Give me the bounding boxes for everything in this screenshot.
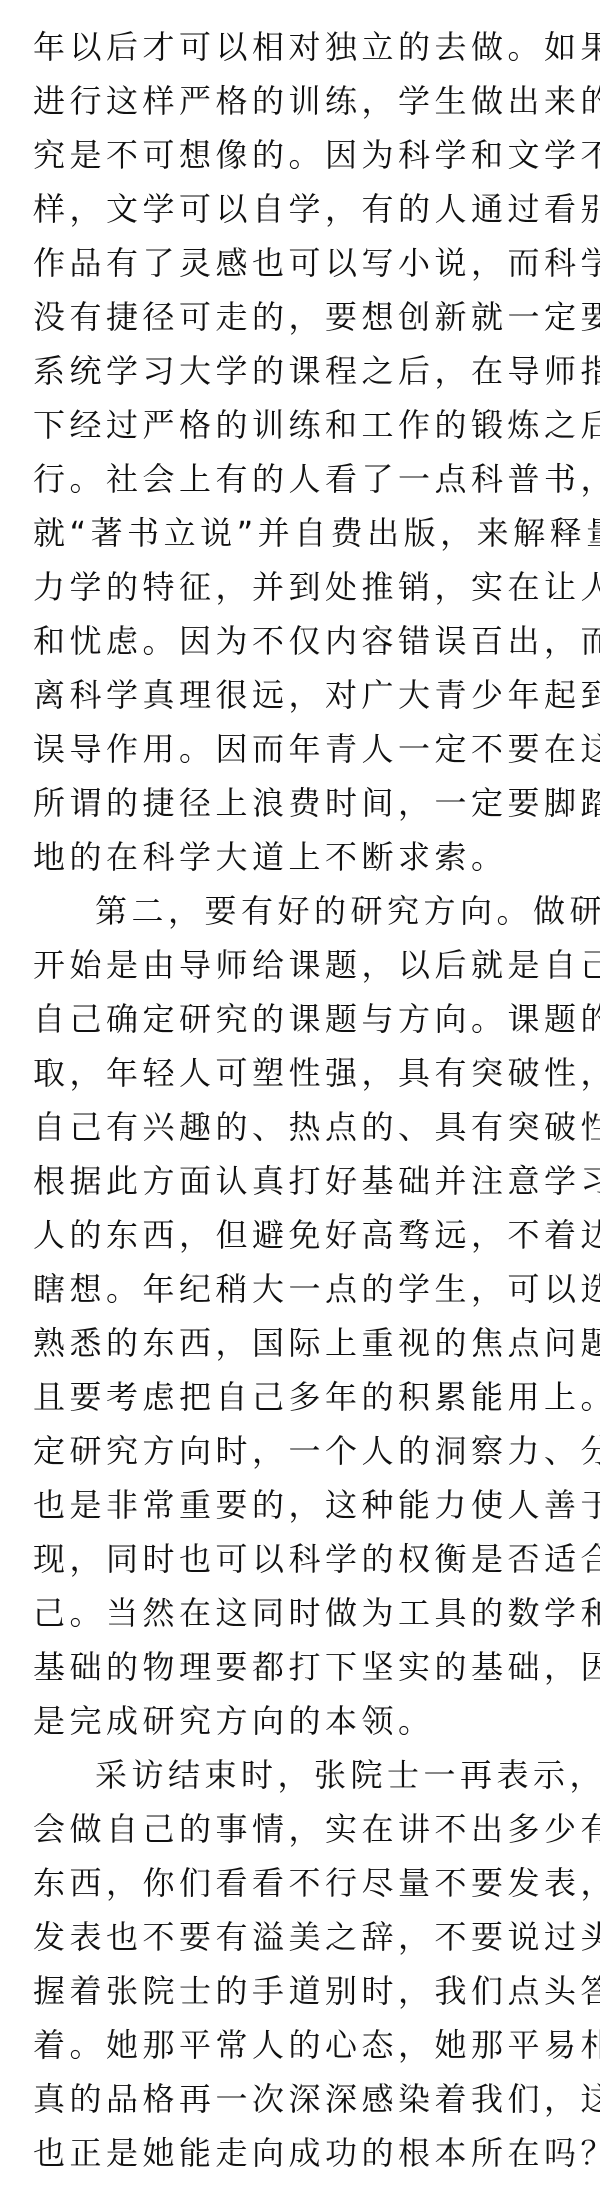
text-line: 东西，你们看看不行尽量不要发表，就是 [33,1856,578,1910]
text-line: 且要考虑把自己多年的积累能用上。在确 [33,1370,578,1424]
text-line: 会做自己的事情，实在讲不出多少有用的 [33,1802,578,1856]
text-line: 发表也不要有溢美之辞，不要说过头话。 [33,1910,578,1964]
text-line: 握着张院士的手道别时，我们点头答应 [33,1964,578,2018]
text-line: 取，年轻人可塑性强，具有突破性，可以选 [33,1046,578,1100]
text-line: 自己有兴趣的、热点的、具有突破性的，并 [33,1100,578,1154]
text-line: 瞎想。年纪稍大一点的学生，可以选自己 [33,1262,578,1316]
text-line: 定研究方向时，一个人的洞察力、分析力 [33,1424,578,1478]
text-line: 第二，要有好的研究方向。做研究生 [33,884,578,938]
text-line: 人的东西，但避免好高骛远，不着边际的 [33,1208,578,1262]
text-line: 就“著书立说”并自费出版，来解释量子 [33,506,578,560]
text-line: 力学的特征，并到处推销，实在让人好笑 [33,560,578,614]
text-line: 真的品格再一次深深感染着我们，这些不 [33,2072,578,2126]
text-line: 自己确定研究的课题与方向。课题的选 [33,992,578,1046]
text-line: 地的在科学大道上不断求索。 [33,830,578,884]
text-line: 样，文学可以自学，有的人通过看别人的 [33,182,578,236]
text-line: 己。当然在这同时做为工具的数学和做为 [33,1586,578,1640]
text-line: 开始是由导师给课题，以后就是自己找， [33,938,578,992]
text-line: 离科学真理很远，对广大青少年起到了 [33,668,578,722]
paragraph-2: 第二，要有好的研究方向。做研究生 开始是由导师给课题，以后就是自己找， 自己确定… [33,884,578,1748]
text-line: 采访结束时，张院士一再表示，我只 [33,1748,578,1802]
text-line: 现，同时也可以科学的权衡是否适合自 [33,1532,578,1586]
text-line: 着。她那平常人的心态，她那平易朴素求 [33,2018,578,2072]
text-line: 是完成研究方向的本领。 [33,1694,578,1748]
text-line: 和忧虑。因为不仅内容错误百出，而且是 [33,614,578,668]
text-line: 熟悉的东西，国际上重视的焦点问题，并 [33,1316,578,1370]
text-line: 作品有了灵感也可以写小说，而科学是 [33,236,578,290]
document-page: 年以后才可以相对独立的去做。如果不 进行这样严格的训练，学生做出来的研 究是不可… [33,20,578,2180]
paragraph-3: 采访结束时，张院士一再表示，我只 会做自己的事情，实在讲不出多少有用的 东西，你… [33,1748,578,2180]
text-line: 下经过严格的训练和工作的锻炼之后才 [33,398,578,452]
text-line: 也正是她能走向成功的根本所在吗？ [33,2126,578,2180]
text-line: 究是不可想像的。因为科学和文学不一 [33,128,578,182]
text-line: 误导作用。因而年青人一定不要在这种 [33,722,578,776]
text-line: 系统学习大学的课程之后，在导师指导 [33,344,578,398]
text-line: 也是非常重要的，这种能力使人善于发 [33,1478,578,1532]
text-line: 进行这样严格的训练，学生做出来的研 [33,74,578,128]
paragraph-1: 年以后才可以相对独立的去做。如果不 进行这样严格的训练，学生做出来的研 究是不可… [33,20,578,884]
text-line: 基础的物理要都打下坚实的基础，因为这 [33,1640,578,1694]
text-line: 年以后才可以相对独立的去做。如果不 [33,20,578,74]
text-line: 没有捷径可走的，要想创新就一定要在 [33,290,578,344]
text-line: 根据此方面认真打好基础并注意学习别 [33,1154,578,1208]
text-line: 所谓的捷径上浪费时间，一定要脚踏实 [33,776,578,830]
text-line: 行。社会上有的人看了一点科普书，于是 [33,452,578,506]
